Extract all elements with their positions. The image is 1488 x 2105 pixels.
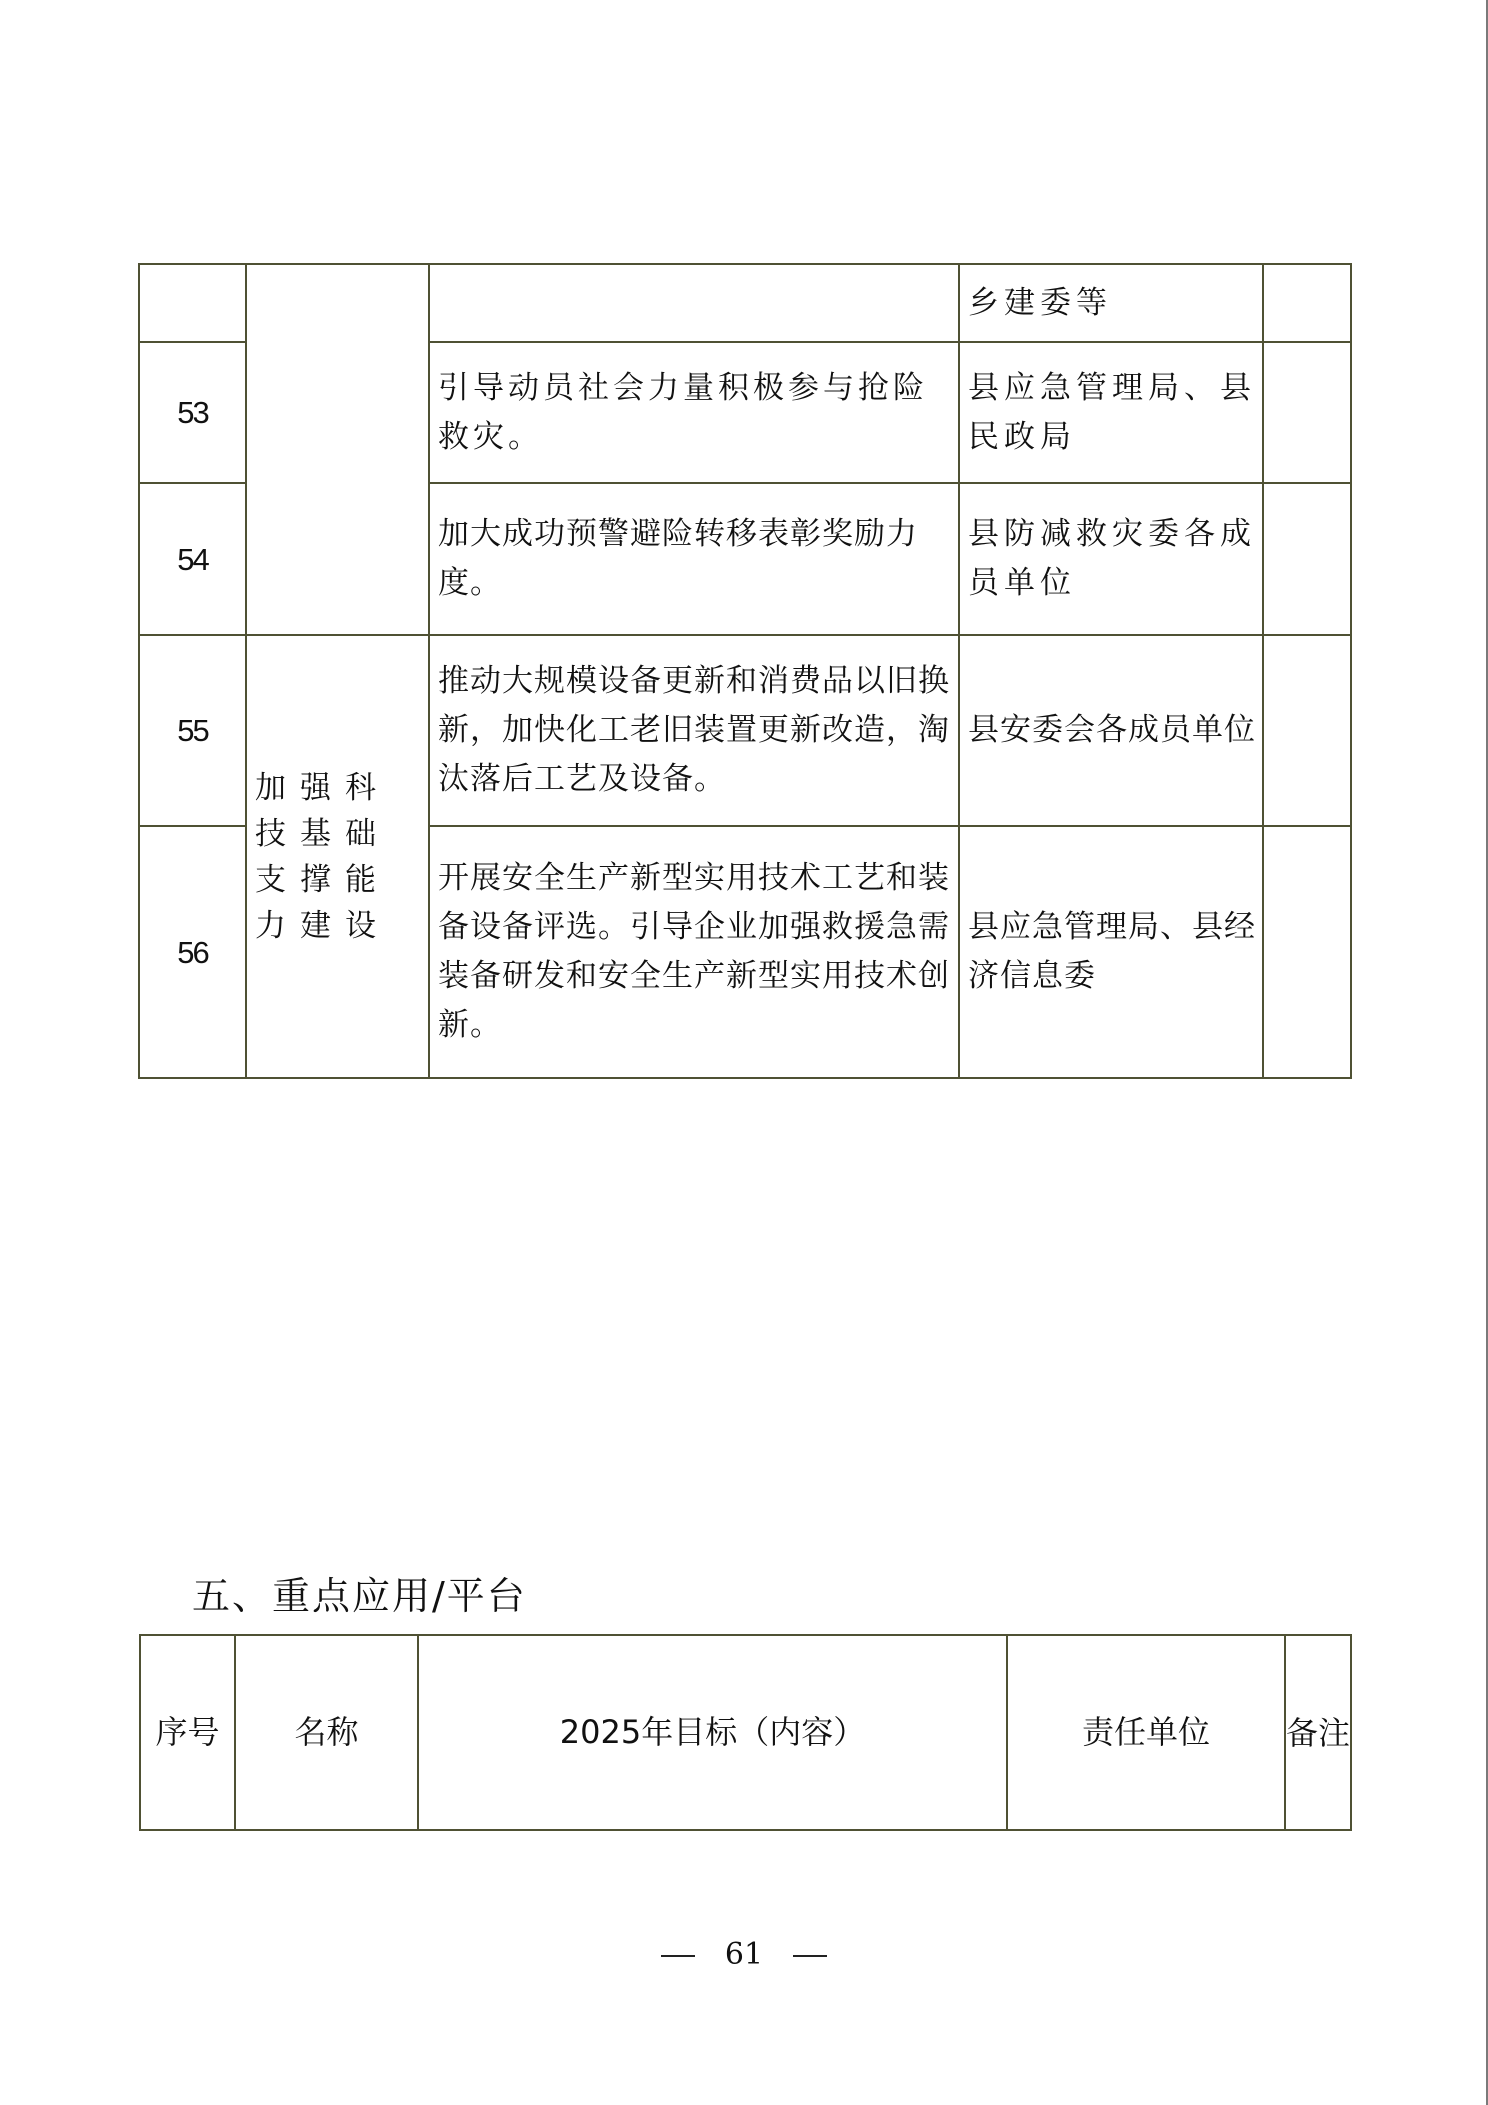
responsible-unit: 县应急管理局、县民政局	[959, 342, 1263, 483]
header-unit: 责任单位	[1007, 1635, 1285, 1830]
note-cell	[1263, 264, 1351, 342]
note-cell	[1263, 635, 1351, 826]
note-cell	[1263, 483, 1351, 635]
note-cell	[1263, 826, 1351, 1078]
header-note: 备注	[1285, 1635, 1351, 1830]
task-content: 推动大规模设备更新和消费品以旧换新，加快化工老旧装置更新改造，淘汰落后工艺及设备…	[429, 635, 959, 826]
row-number: 55	[139, 635, 246, 826]
responsible-unit: 县安委会各成员单位	[959, 635, 1263, 826]
note-cell	[1263, 342, 1351, 483]
category-cell: 加强科技基础支撑能力建设	[246, 635, 429, 1078]
task-content: 开展安全生产新型实用技术工艺和装备设备评选。引导企业加强救援急需装备研发和安全生…	[429, 826, 959, 1078]
responsible-unit: 乡建委等	[959, 264, 1263, 342]
dash-right	[793, 1955, 827, 1957]
row-number	[139, 264, 246, 342]
task-content	[429, 264, 959, 342]
responsible-unit: 县应急管理局、县经济信息委	[959, 826, 1263, 1078]
header-target: 2025年目标（内容）	[418, 1635, 1007, 1830]
table-row: 55 加强科技基础支撑能力建设 推动大规模设备更新和消费品以旧换新，加快化工老旧…	[139, 635, 1351, 826]
platform-table: 序号 名称 2025年目标（内容） 责任单位 备注	[139, 1634, 1352, 1831]
task-content: 加大成功预警避险转移表彰奖励力度。	[429, 483, 959, 635]
page-footer: 61	[0, 1937, 1488, 1972]
task-content: 引导动员社会力量积极参与抢险救灾。	[429, 342, 959, 483]
row-number: 56	[139, 826, 246, 1078]
row-number: 54	[139, 483, 246, 635]
header-name: 名称	[235, 1635, 418, 1830]
section-heading: 五、重点应用/平台	[192, 1565, 527, 1620]
table-row: 乡建委等	[139, 264, 1351, 342]
category-cell-empty	[246, 264, 429, 635]
responsible-unit: 县防减救灾委各成员单位	[959, 483, 1263, 635]
page-number: 61	[725, 1937, 763, 1972]
dash-left	[661, 1955, 695, 1957]
table-header-row: 序号 名称 2025年目标（内容） 责任单位 备注	[140, 1635, 1351, 1830]
row-number: 53	[139, 342, 246, 483]
header-number: 序号	[140, 1635, 235, 1830]
task-table: 乡建委等 53 引导动员社会力量积极参与抢险救灾。 县应急管理局、县民政局 54…	[138, 263, 1352, 1079]
